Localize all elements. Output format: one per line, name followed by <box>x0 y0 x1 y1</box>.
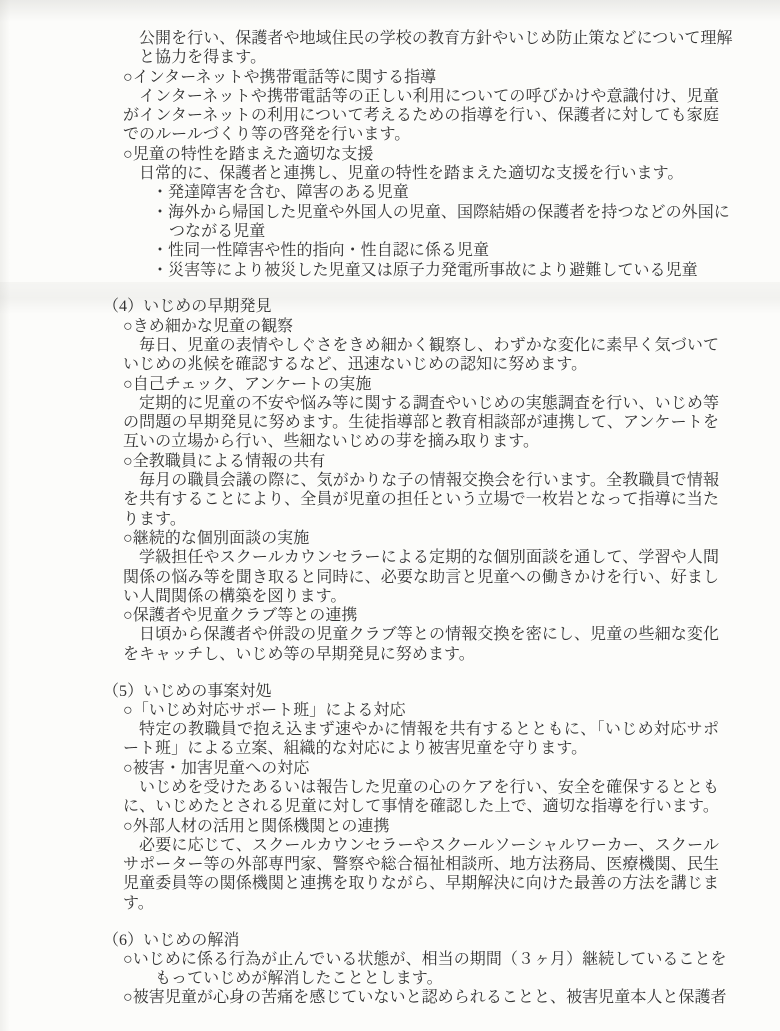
text-line: がインターネットの利用について考えるための指導を行い、保護者に対しても家庭 <box>123 106 719 125</box>
text-line: 児童委員等の関係機関と連携を取りながら、早期解決に向けた最善の方法を講じま <box>123 874 719 893</box>
text-line: ○「いじめ対応サポート班」による対応 <box>123 701 780 720</box>
text-line: でのルールづくり等の啓発を行います。 <box>123 125 780 144</box>
text-line: ・発達障害を含む、障害のある児童 <box>152 183 780 202</box>
text-line: ・性同一性障害や性的指向・性自認に係る児童 <box>152 241 780 260</box>
text-line: インターネットや携帯電話等の正しい利用についての呼びかけや意識付け、児童 <box>139 87 719 106</box>
text-line: ○継続的な個別面談の実施 <box>123 529 780 548</box>
text-line: ○被害児童が心身の苦痛を感じていないと認められることと、被害児童本人と保護者 <box>123 988 720 1007</box>
text-line: いじめの兆候を確認するなど、迅速ないじめの認知に努めます。 <box>123 355 780 374</box>
text-line: 特定の教職員で抱え込まず速やかに情報を共有するとともに、「いじめ対応サポ <box>139 720 719 739</box>
text-line: 毎月の職員会議の際に、気がかりな子の情報交換会を行います。全教職員で情報 <box>139 471 719 490</box>
section-heading: （5）いじめの事案対処 <box>103 682 780 701</box>
text-line: ○いじめに係る行為が止んでいる状態が、相当の期間（３ヶ月）継続していることを <box>123 950 720 969</box>
text-line: ・海外から帰国した児童や外国人の児童、国際結婚の保護者を持つなどの外国に <box>152 203 719 222</box>
text-line: 毎日、児童の表情やしぐさをきめ細かく観察し、わずかな変化に素早く気づいて <box>139 336 719 355</box>
document-page: 公開を行い、保護者や地域住民の学校の教育方針やいじめ防止策などについて理解と協力… <box>0 0 780 1031</box>
section-gap <box>0 664 780 682</box>
section-gap <box>0 280 780 298</box>
document-body: 公開を行い、保護者や地域住民の学校の教育方針やいじめ防止策などについて理解と協力… <box>0 0 780 1008</box>
text-line: サポーター等の外部専門家、警察や総合福祉相談所、地方法務局、医療機関、民生 <box>123 855 719 874</box>
text-line: の問題の早期発見に努めます。生徒指導部と教育相談部が連携して、アンケートを <box>123 413 719 432</box>
text-line: ○保護者や児童クラブ等との連携 <box>123 606 780 625</box>
text-line: いじめを受けたあるいは報告した児童の心のケアを行い、安全を確保するととも <box>139 778 719 797</box>
text-line: 日頃から保護者や併設の児童クラブ等との情報交換を密にし、児童の些細な変化 <box>139 625 719 644</box>
text-line: ○被害・加害児童への対応 <box>123 759 780 778</box>
text-line: を共有することにより、全員が児童の担任という立場で一枚岩となって指導に当た <box>123 490 719 509</box>
text-line: 公開を行い、保護者や地域住民の学校の教育方針やいじめ防止策などについて理解 <box>139 29 719 48</box>
text-line: ります。 <box>123 510 780 529</box>
text-line: 関係の悩み等を聞き取ると同時に、必要な助言と児童への働きかけを行い、好まし <box>123 568 719 587</box>
text-line: をキャッチし、いじめ等の早期発見に努めます。 <box>123 645 780 664</box>
text-line: 日常的に、保護者と連携し、児童の特性を踏まえた適切な支援を行います。 <box>139 164 780 183</box>
section-gap <box>0 913 780 931</box>
text-line: ○自己チェック、アンケートの実施 <box>123 375 780 394</box>
text-line: と協力を得ます。 <box>139 48 780 67</box>
text-line: 学級担任やスクールカウンセラーによる定期的な個別面談を通して、学習や人間 <box>139 548 719 567</box>
text-line: ○インターネットや携帯電話等に関する指導 <box>123 68 780 87</box>
text-line: ○外部人材の活用と関係機関との連携 <box>123 817 780 836</box>
text-line: つながる児童 <box>169 222 780 241</box>
text-line: 互いの立場から行い、些細ないじめの芽を摘み取ります。 <box>123 432 780 451</box>
text-line: ○全教職員による情報の共有 <box>123 452 780 471</box>
text-line: す。 <box>123 894 780 913</box>
section-heading: （6）いじめの解消 <box>103 931 780 950</box>
text-line: 必要に応じて、スクールカウンセラーやスクールソーシャルワーカー、スクール <box>139 836 719 855</box>
text-line: ・災害等により被災した児童又は原子力発電所事故により避難している児童 <box>152 261 780 280</box>
text-line: ○児童の特性を踏まえた適切な支援 <box>123 145 780 164</box>
text-line: に、いじめたとされる児童に対して事情を確認した上で、適切な指導を行います。 <box>123 797 719 816</box>
text-line: ○きめ細かな児童の観察 <box>123 317 780 336</box>
text-line: もっていじめが解消したこととします。 <box>155 969 780 988</box>
text-line: い人間関係の構築を図ります。 <box>123 587 780 606</box>
section-heading: （4）いじめの早期発見 <box>103 297 780 316</box>
text-line: 定期的に児童の不安や悩み等に関する調査やいじめの実態調査を行い、いじめ等 <box>139 394 719 413</box>
text-line: ート班」による立案、組織的な対応により被害児童を守ります。 <box>123 739 780 758</box>
